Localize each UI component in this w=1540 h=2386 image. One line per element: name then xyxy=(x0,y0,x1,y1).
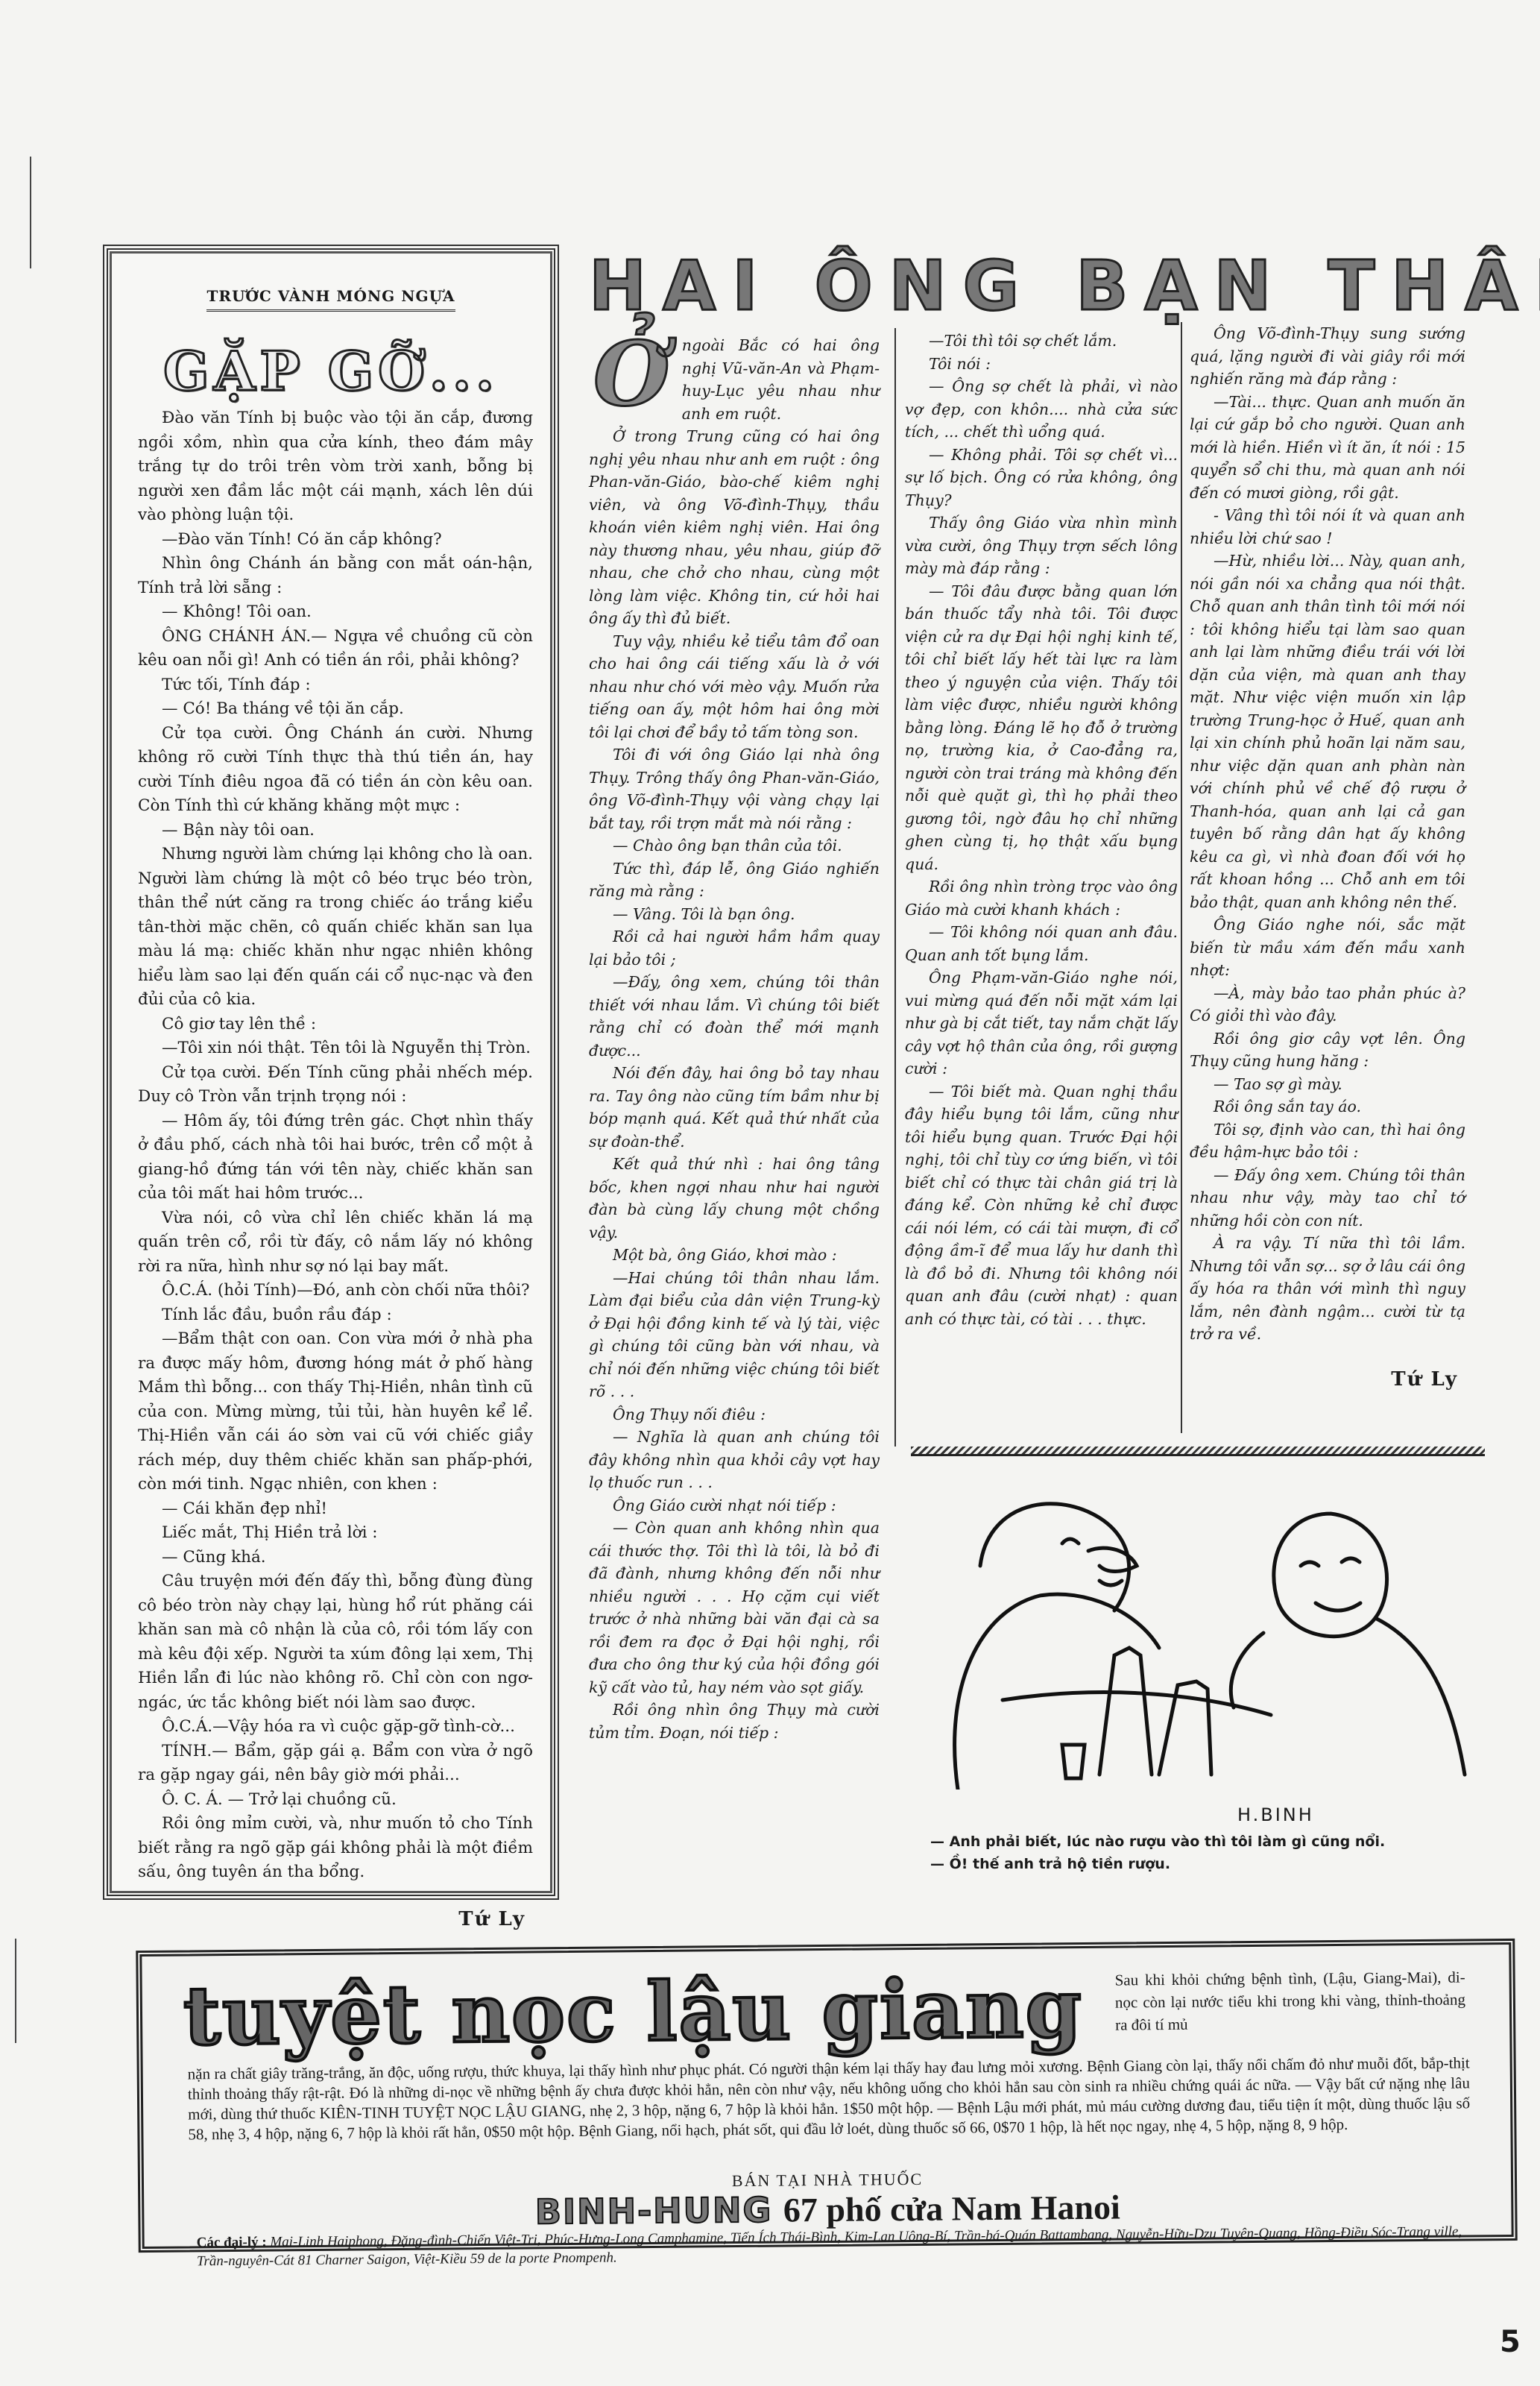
paragraph: —Hai chúng tôi thân nhau lắm. Làm đại bi… xyxy=(589,1267,880,1403)
column-rule xyxy=(1181,322,1182,1433)
paragraph: —Đào văn Tính! Có ăn cắp không? xyxy=(138,528,533,553)
newspaper-page: TRƯỚC VÀNH MÓNG NGỰA GẶP GỠ... Đào văn T… xyxy=(0,0,1540,2386)
story-column-1: Ở ngoài Bắc có hai ông nghị Vũ-văn-An và… xyxy=(589,334,880,1744)
story-column-3: Ông Võ-đình-Thụy sung sướng quá, lặng ng… xyxy=(1190,322,1465,1391)
article-body: Đào văn Tính bị buộc vào tội ăn cắp, đươ… xyxy=(138,406,533,1931)
paragraph: Liếc mắt, Thị Hiền trả lời : xyxy=(138,1521,533,1546)
medicine-advertisement: tuyệt nọc lậu giang Sau khi khỏi chứng b… xyxy=(136,1939,1517,2253)
paragraph: — Cũng khá. xyxy=(138,1546,533,1570)
paragraph: — Cái khăn đẹp nhỉ! xyxy=(138,1497,533,1522)
cartoon-illustration xyxy=(913,1461,1480,1789)
paragraph: Rồi ông giơ cây vợt lên. Ông Thụy cũng h… xyxy=(1190,1027,1465,1073)
paragraph: Đào văn Tính bị buộc vào tội ăn cắp, đươ… xyxy=(138,406,533,528)
paragraph: Nói đến đây, hai ông bỏ tay nhau ra. Tay… xyxy=(589,1062,880,1153)
paragraph: Nhưng người làm chứng lại không cho là o… xyxy=(138,843,533,1013)
paragraph: Câu truyện mới đến đấy thì, bỗng đùng đù… xyxy=(138,1570,533,1715)
story-column-2: —Tôi thì tôi sợ chết lắm.Tôi nói :— Ông … xyxy=(905,330,1178,1330)
paragraph: Nhìn ông Chánh án bằng con mắt oán-hận, … xyxy=(138,552,533,600)
paragraph: —Tôi xin nói thật. Tên tôi là Nguyễn thị… xyxy=(138,1036,533,1061)
paragraph: Ông Giáo cười nhạt nói tiếp : xyxy=(589,1494,880,1517)
paragraph: Cử tọa cười. Ông Chánh án cười. Nhưng kh… xyxy=(138,722,533,819)
paragraph: Rồi ông sắn tay áo. xyxy=(1190,1095,1465,1118)
paragraph: — Vâng. Tôi là bạn ông. xyxy=(589,903,880,926)
paragraph: Tôi nói : xyxy=(905,353,1178,376)
section-kicker: TRƯỚC VÀNH MÓNG NGỰA xyxy=(108,287,554,305)
ad-intro: Sau khi khỏi chứng bệnh tình, (Lậu, Gian… xyxy=(1115,1966,1466,2036)
paragraph: À ra vậy. Tí nữa thì tôi lầm. Nhưng tôi … xyxy=(1190,1232,1465,1346)
paragraph: — Nghĩa là quan anh chúng tôi đây không … xyxy=(589,1426,880,1494)
court-story-box: TRƯỚC VÀNH MÓNG NGỰA GẶP GỠ... Đào văn T… xyxy=(103,245,559,1900)
paragraph: Ở trong Trung cũng có hai ông nghị yêu n… xyxy=(589,425,880,630)
paragraph: — Tao sợ gì mày. xyxy=(1190,1073,1465,1096)
paragraph: —Tôi thì tôi sợ chết lắm. xyxy=(905,330,1178,353)
paragraph: — Còn quan anh không nhìn qua cái thước … xyxy=(589,1517,880,1699)
paragraph: —Bẩm thật con oan. Con vừa mới ở nhà pha… xyxy=(138,1327,533,1497)
paragraph: — Tôi biết mà. Quan nghị thầu đây hiểu b… xyxy=(905,1080,1178,1331)
paragraph: TÍNH.— Bẩm, gặp gái ạ. Bẩm con vừa ở ngõ… xyxy=(138,1740,533,1788)
paragraph: —Đấy, ông xem, chúng tôi thân thiết với … xyxy=(589,971,880,1062)
paragraph: Cô giơ tay lên thề : xyxy=(138,1013,533,1037)
agents-label: Các đại-lý : xyxy=(197,2235,267,2251)
paragraph: —Tài... thực. Quan anh muốn ăn lại cứ gắ… xyxy=(1190,391,1465,505)
paragraph: — Không phải. Tôi sợ chết vì... sự lố bị… xyxy=(905,444,1178,512)
paragraph: —Hừ, nhiều lời... Này, quan anh, nói gần… xyxy=(1190,550,1465,913)
paragraph: Tức thì, đáp lễ, ông Giáo nghiến răng mà… xyxy=(589,857,880,903)
caption-line: — Anh phải biết, lúc nào rượu vào thì tô… xyxy=(930,1831,1467,1853)
paragraph: — Tôi không nói quan anh đâu. Quan anh t… xyxy=(905,921,1178,966)
paragraph: Rồi ông nhìn tròng trọc vào ông Giáo mà … xyxy=(905,875,1178,921)
paragraph: — Có! Ba tháng về tội ăn cắp. xyxy=(138,697,533,722)
paragraph: Thấy ông Giáo vừa nhìn mình vừa cười, ôn… xyxy=(905,511,1178,580)
paragraph: Tôi sợ, định vào can, thì hai ông đều hậ… xyxy=(1190,1118,1465,1164)
margin-rule xyxy=(15,1939,16,2043)
paragraph: Tôi đi với ông Giáo lại nhà ông Thụy. Tr… xyxy=(589,743,880,834)
paragraph: — Bận này tôi oan. xyxy=(138,819,533,843)
paragraph: Rồi ông mỉm cười, và, như muốn tỏ cho Tí… xyxy=(138,1812,533,1885)
column-rule xyxy=(894,328,896,1447)
cartoon-artist: H.BINH xyxy=(1237,1804,1314,1825)
shop-name: BINH-HUNG xyxy=(535,2190,773,2232)
paragraph: Ô. C. Á. — Trở lại chuồng cũ. xyxy=(138,1788,533,1813)
paragraph: Ông Thụy nối điêu : xyxy=(589,1403,880,1426)
paragraph: - Vâng thì tôi nói ít và quan anh nhiều … xyxy=(1190,504,1465,550)
paragraph: —À, mày bảo tao phản phúc à? Có giỏi thì… xyxy=(1190,982,1465,1027)
paragraph: Ô.C.Á.—Vậy hóa ra vì cuộc gặp-gỡ tình-cờ… xyxy=(138,1715,533,1740)
paragraph: — Chào ông bạn thân của tôi. xyxy=(589,834,880,857)
paragraph: Tuy vậy, nhiều kẻ tiểu tâm đổ oan cho ha… xyxy=(589,630,880,744)
paragraph: Rồi cả hai người hầm hầm quay lại bảo tô… xyxy=(589,925,880,971)
page-number: 5 xyxy=(1500,2325,1521,2359)
paragraph: Vừa nói, cô vừa chỉ lên chiếc khăn lá mạ… xyxy=(138,1206,533,1279)
ad-body: nặn ra chất giây trăng-trắng, ăn độc, uố… xyxy=(188,2053,1471,2144)
caption-line: — Ồ! thế anh trả hộ tiền rượu. xyxy=(930,1853,1467,1875)
paragraph: — Tôi đâu được bằng quan lớn bán thuốc t… xyxy=(905,580,1178,876)
shop-address: 67 phố cửa Nam Hanoi xyxy=(783,2188,1120,2229)
paragraph: Ông Giáo nghe nói, sắc mặt biến từ mầu x… xyxy=(1190,913,1465,982)
drop-cap: Ở xyxy=(593,337,670,412)
ad-headline: tuyệt nọc lậu giang xyxy=(183,1962,1083,2064)
paragraph: Tức tối, Tính đáp : xyxy=(138,673,533,698)
paragraph: — Đấy ông xem. Chúng tôi thân nhau như v… xyxy=(1190,1164,1465,1233)
author-signature: Tứ Ly xyxy=(1190,1368,1465,1391)
paragraph: Ông Võ-đình-Thụy sung sướng quá, lặng ng… xyxy=(1190,322,1465,391)
paragraph: Một bà, ông Giáo, khơi mào : xyxy=(589,1244,880,1267)
paragraph: — Không! Tôi oan. xyxy=(138,600,533,625)
paragraph: — Hôm ấy, tôi đứng trên gác. Chợt nhìn t… xyxy=(138,1109,533,1206)
paragraph: Cử tọa cười. Đến Tính cũng phải nhếch mé… xyxy=(138,1061,533,1109)
paragraph: Kết quả thứ nhì : hai ông tâng bốc, khen… xyxy=(589,1153,880,1244)
main-headline: HAI ÔNG BẠN THÂN xyxy=(589,246,1483,326)
paragraph: Rồi ông nhìn ông Thụy mà cười tủm tỉm. Đ… xyxy=(589,1699,880,1744)
margin-rule xyxy=(30,157,31,268)
paragraph: Tính lắc đầu, buồn rầu đáp : xyxy=(138,1303,533,1328)
paragraph: — Ông sợ chết là phải, vì nào vợ đẹp, co… xyxy=(905,375,1178,444)
paragraph: Ô.C.Á. (hỏi Tính)—Đó, anh còn chối nữa t… xyxy=(138,1279,533,1303)
paragraph: Ông Phạm-văn-Giáo nghe nói, vui mừng quá… xyxy=(905,966,1178,1080)
author-signature: Tứ Ly xyxy=(138,1907,533,1932)
article-title: GẶP GỠ... xyxy=(108,339,554,403)
ornamental-divider xyxy=(911,1447,1485,1456)
paragraph: ÔNG CHÁNH ÁN.— Ngựa về chuồng cũ còn kêu… xyxy=(138,625,533,673)
cartoon-caption: — Anh phải biết, lúc nào rượu vào thì tô… xyxy=(930,1831,1467,1875)
